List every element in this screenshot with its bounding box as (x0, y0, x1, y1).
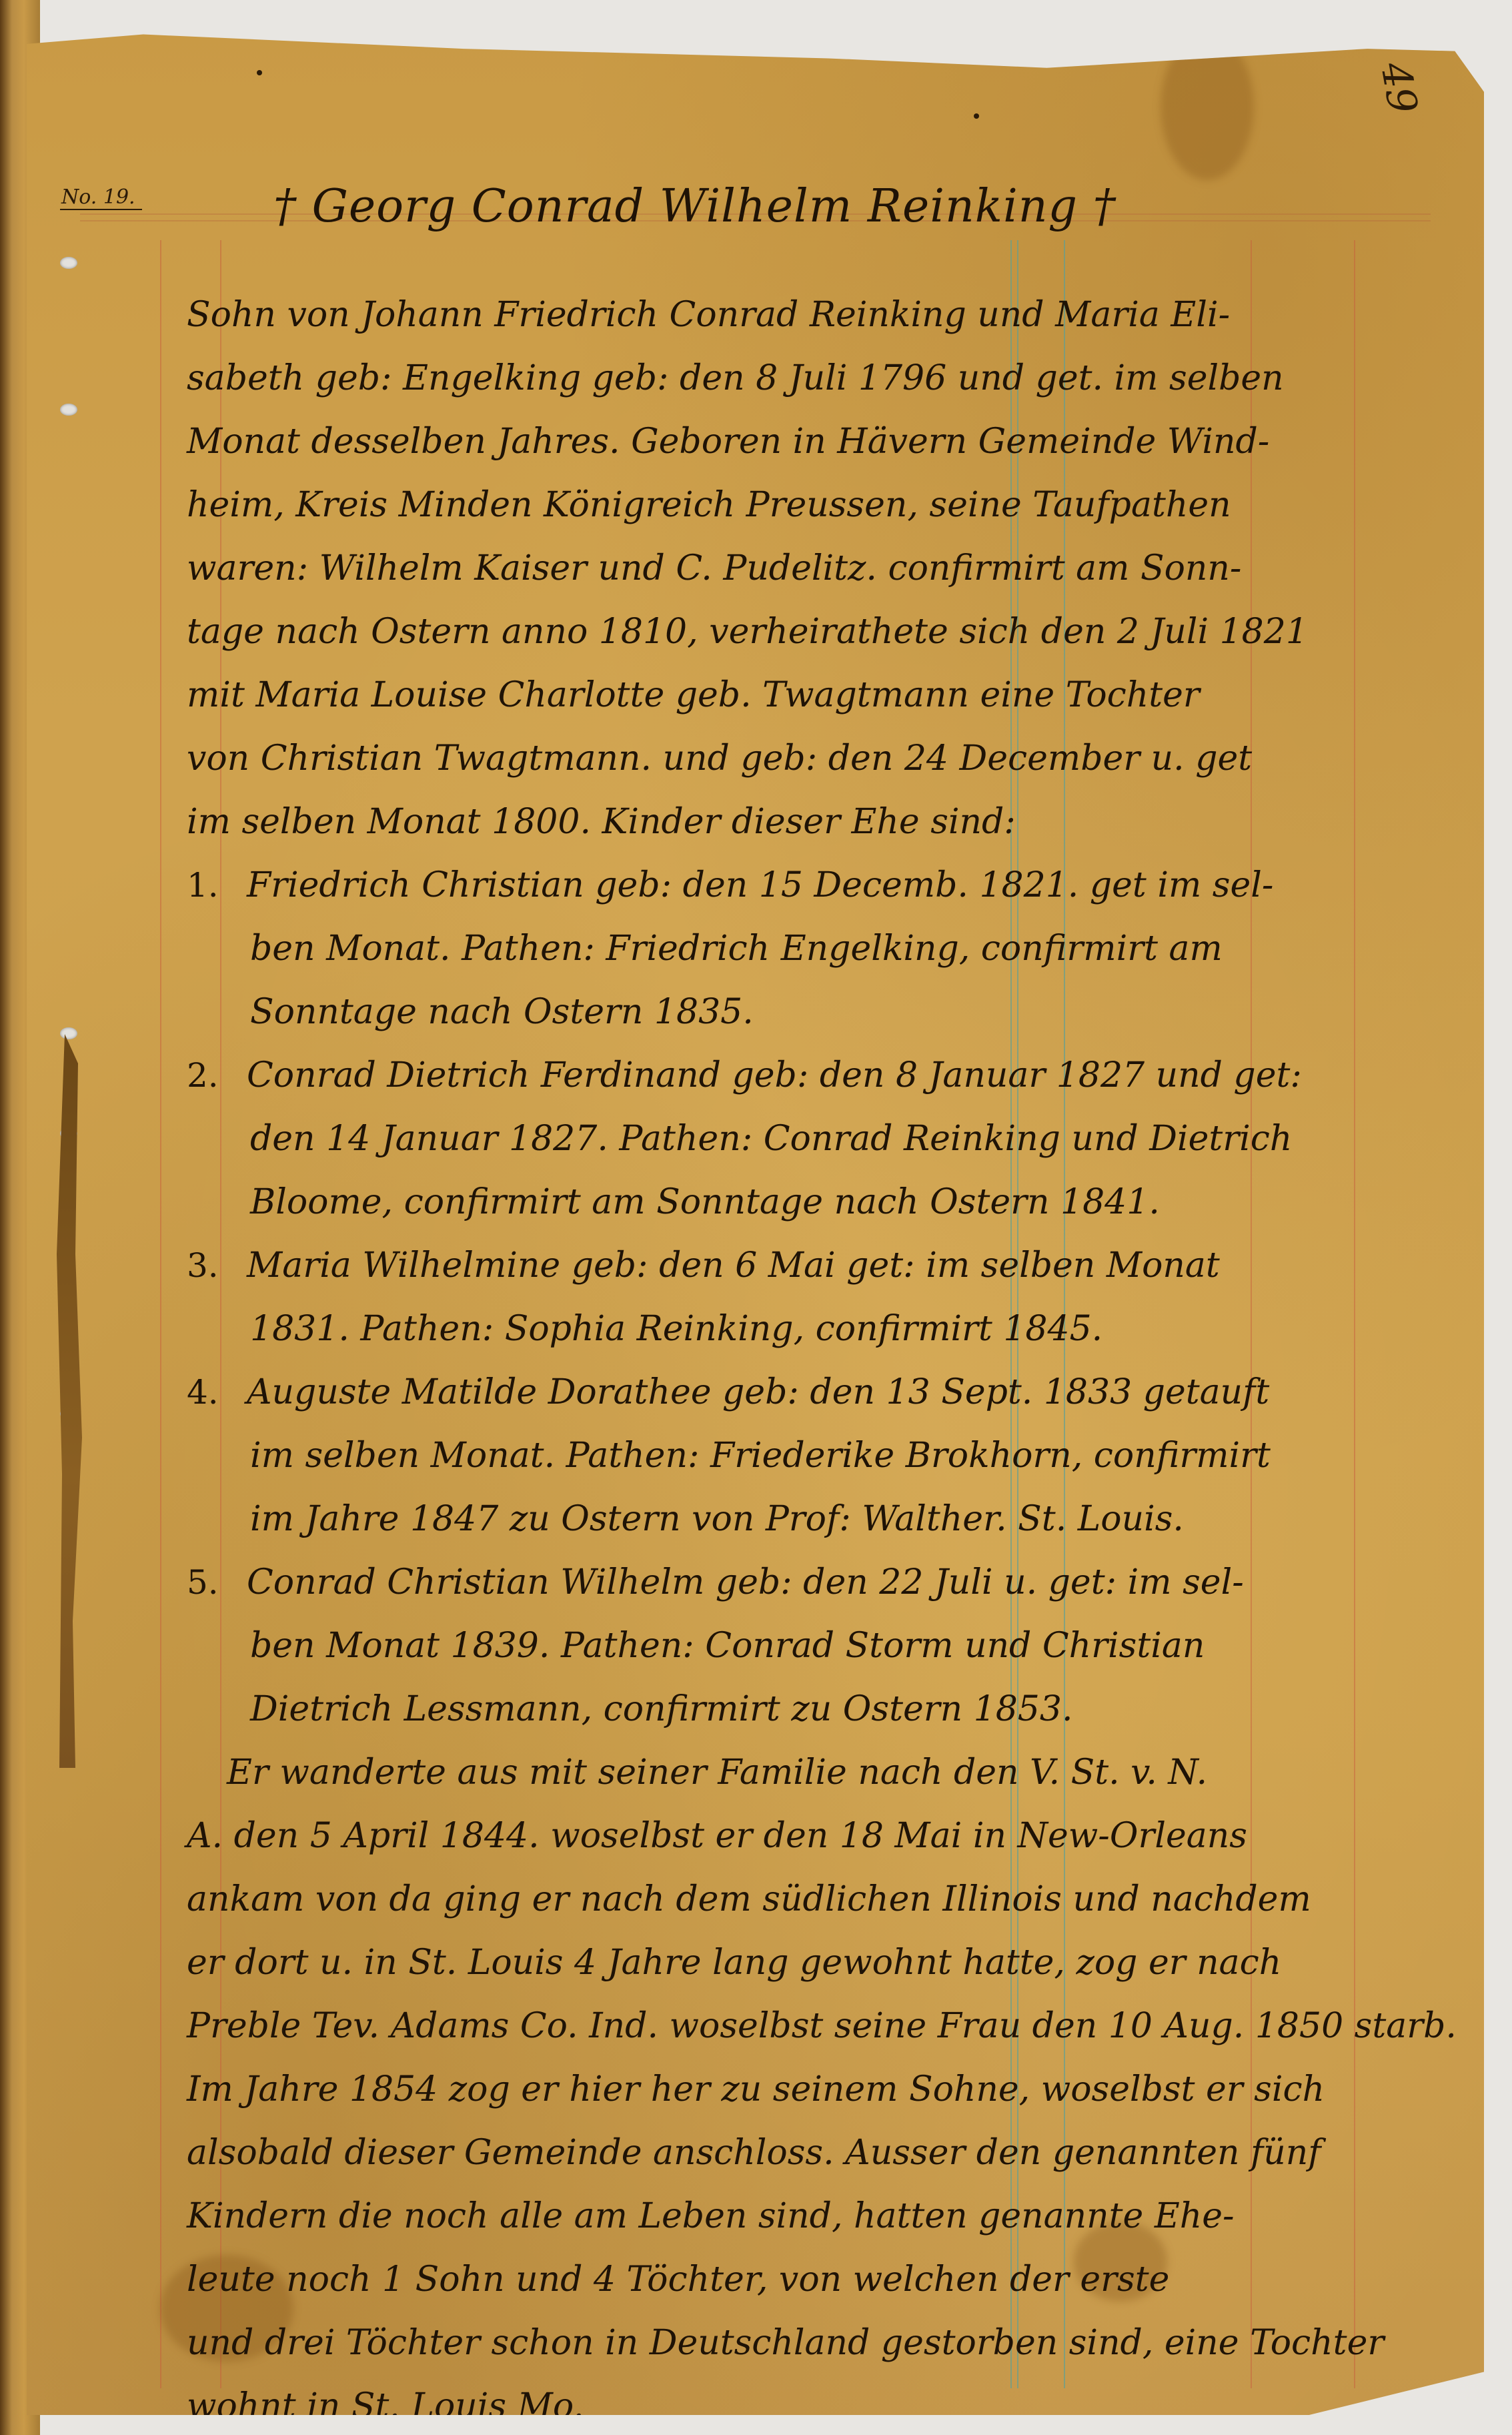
text-line: alsobald dieser Gemeinde anschloss. Auss… (187, 2121, 1401, 2185)
line-text: Im Jahre 1854 zog er hier her zu seinem … (187, 2069, 1325, 2109)
text-line: von Christian Twagtmann. und geb: den 24… (187, 727, 1401, 791)
text-line: wohnt in St. Louis Mo. (187, 2375, 1401, 2435)
child-number: 4. (187, 1361, 247, 1424)
line-text: A. den 5 April 1844. woselbst er den 18 … (187, 1816, 1247, 1856)
child-number: 2. (187, 1044, 247, 1107)
text-line: im selben Monat. Pathen: Friederike Brok… (187, 1424, 1401, 1488)
text-line: Kindern die noch alle am Leben sind, hat… (187, 2185, 1401, 2248)
text-line: ben Monat 1839. Pathen: Conrad Storm und… (187, 1614, 1401, 1678)
line-text: von Christian Twagtmann. und geb: den 24… (187, 739, 1252, 779)
text-line: im selben Monat 1800. Kinder dieser Ehe … (187, 791, 1401, 854)
text-line: er dort u. in St. Louis 4 Jahre lang gew… (187, 1931, 1401, 1995)
child-entry-line: 2.Conrad Dietrich Ferdinand geb: den 8 J… (187, 1044, 1401, 1107)
text-line: Bloome, confirmirt am Sonntage nach Oste… (187, 1171, 1401, 1234)
ink-speck (974, 113, 979, 119)
line-text: ankam von da ging er nach dem südlichen … (187, 1879, 1311, 1919)
child-entry-line: 4.Auguste Matilde Dorathee geb: den 13 S… (187, 1361, 1401, 1424)
text-line: Dietrich Lessmann, confirmirt zu Ostern … (187, 1678, 1401, 1741)
line-text: Dietrich Lessmann, confirmirt zu Ostern … (250, 1689, 1072, 1729)
child-number: 3. (187, 1234, 247, 1298)
text-line: leute noch 1 Sohn und 4 Töchter, von wel… (187, 2248, 1401, 2312)
line-text: Auguste Matilde Dorathee geb: den 13 Sep… (247, 1372, 1269, 1412)
text-line: Er wanderte aus mit seiner Familie nach … (187, 1741, 1401, 1805)
line-text: leute noch 1 Sohn und 4 Töchter, von wel… (187, 2260, 1169, 2300)
text-line: tage nach Ostern anno 1810, verheirathet… (187, 600, 1401, 664)
text-line: heim, Kreis Minden Königreich Preussen, … (187, 474, 1401, 537)
text-line: und drei Töchter schon in Deutschland ge… (187, 2312, 1401, 2375)
child-number: 5. (187, 1551, 247, 1614)
text-line: ben Monat. Pathen: Friedrich Engelking, … (187, 917, 1401, 981)
water-stain (1161, 33, 1254, 180)
line-text: ben Monat. Pathen: Friedrich Engelking, … (250, 929, 1223, 969)
text-line: 1831. Pathen: Sophia Reinking, confirmir… (187, 1298, 1401, 1361)
line-text: Conrad Dietrich Ferdinand geb: den 8 Jan… (247, 1055, 1302, 1095)
line-text: waren: Wilhelm Kaiser und C. Pudelitz. c… (187, 548, 1241, 588)
line-text: Preble Tev. Adams Co. Ind. woselbst sein… (187, 2006, 1457, 2046)
line-text: Kindern die noch alle am Leben sind, hat… (187, 2196, 1235, 2236)
text-line: ankam von da ging er nach dem südlichen … (187, 1868, 1401, 1931)
binding-hole (60, 257, 77, 269)
child-number: 1. (187, 854, 247, 917)
line-text: Bloome, confirmirt am Sonntage nach Oste… (250, 1182, 1160, 1222)
text-line: waren: Wilhelm Kaiser und C. Pudelitz. c… (187, 537, 1401, 600)
text-line: A. den 5 April 1844. woselbst er den 18 … (187, 1805, 1401, 1868)
entry-body: Sohn von Johann Friedrich Conrad Reinkin… (187, 284, 1401, 2435)
text-line: Monat desselben Jahres. Geboren in Häver… (187, 410, 1401, 474)
line-text: Friedrich Christian geb: den 15 Decemb. … (247, 865, 1273, 905)
text-line: Preble Tev. Adams Co. Ind. woselbst sein… (187, 1995, 1401, 2058)
text-line: mit Maria Louise Charlotte geb. Twagtman… (187, 664, 1401, 727)
binding-hole (60, 1027, 77, 1039)
line-text: mit Maria Louise Charlotte geb. Twagtman… (187, 675, 1200, 715)
line-text: im selben Monat. Pathen: Friederike Brok… (250, 1436, 1271, 1476)
line-text: Er wanderte aus mit seiner Familie nach … (227, 1753, 1207, 1793)
torn-edge (57, 1034, 83, 1768)
line-text: Sonntage nach Ostern 1835. (250, 992, 754, 1032)
entry-number: No. 19. (60, 185, 142, 210)
line-text: Monat desselben Jahres. Geboren in Häver… (187, 422, 1269, 462)
text-line: den 14 Januar 1827. Pathen: Conrad Reink… (187, 1107, 1401, 1171)
entry-title: † Georg Conrad Wilhelm Reinking † (273, 180, 1116, 233)
line-text: sabeth geb: Engelking geb: den 8 Juli 17… (187, 358, 1284, 398)
line-text: im selben Monat 1800. Kinder dieser Ehe … (187, 802, 1016, 842)
line-text: ben Monat 1839. Pathen: Conrad Storm und… (250, 1626, 1205, 1666)
line-text: Maria Wilhelmine geb: den 6 Mai get: im … (247, 1246, 1220, 1286)
ledger-page: 49 No. 19. † Georg Conrad Wilhelm Reinki… (27, 20, 1484, 2415)
text-line: Sonntage nach Ostern 1835. (187, 981, 1401, 1044)
margin-rule (160, 240, 161, 2388)
line-text: Sohn von Johann Friedrich Conrad Reinkin… (187, 295, 1230, 335)
line-text: den 14 Januar 1827. Pathen: Conrad Reink… (250, 1119, 1292, 1159)
text-line: Sohn von Johann Friedrich Conrad Reinkin… (187, 284, 1401, 347)
text-line: sabeth geb: Engelking geb: den 8 Juli 17… (187, 347, 1401, 410)
line-text: im Jahre 1847 zu Ostern von Prof: Walthe… (250, 1499, 1184, 1539)
line-text: und drei Töchter schon in Deutschland ge… (187, 2323, 1384, 2363)
binding-hole (60, 404, 77, 416)
text-line: im Jahre 1847 zu Ostern von Prof: Walthe… (187, 1488, 1401, 1551)
line-text: alsobald dieser Gemeinde anschloss. Auss… (187, 2133, 1321, 2173)
line-text: 1831. Pathen: Sophia Reinking, confirmir… (250, 1309, 1102, 1349)
line-text: er dort u. in St. Louis 4 Jahre lang gew… (187, 1943, 1281, 1983)
child-entry-line: 5.Conrad Christian Wilhelm geb: den 22 J… (187, 1551, 1401, 1614)
line-text: tage nach Ostern anno 1810, verheirathet… (187, 612, 1308, 652)
line-text: Conrad Christian Wilhelm geb: den 22 Jul… (247, 1562, 1244, 1602)
text-line: Im Jahre 1854 zog er hier her zu seinem … (187, 2058, 1401, 2121)
child-entry-line: 1.Friedrich Christian geb: den 15 Decemb… (187, 854, 1401, 917)
page-number: 49 (1371, 59, 1426, 117)
ink-speck (257, 70, 262, 75)
line-text: wohnt in St. Louis Mo. (187, 2386, 584, 2426)
line-text: heim, Kreis Minden Königreich Preussen, … (187, 485, 1231, 525)
child-entry-line: 3.Maria Wilhelmine geb: den 6 Mai get: i… (187, 1234, 1401, 1298)
